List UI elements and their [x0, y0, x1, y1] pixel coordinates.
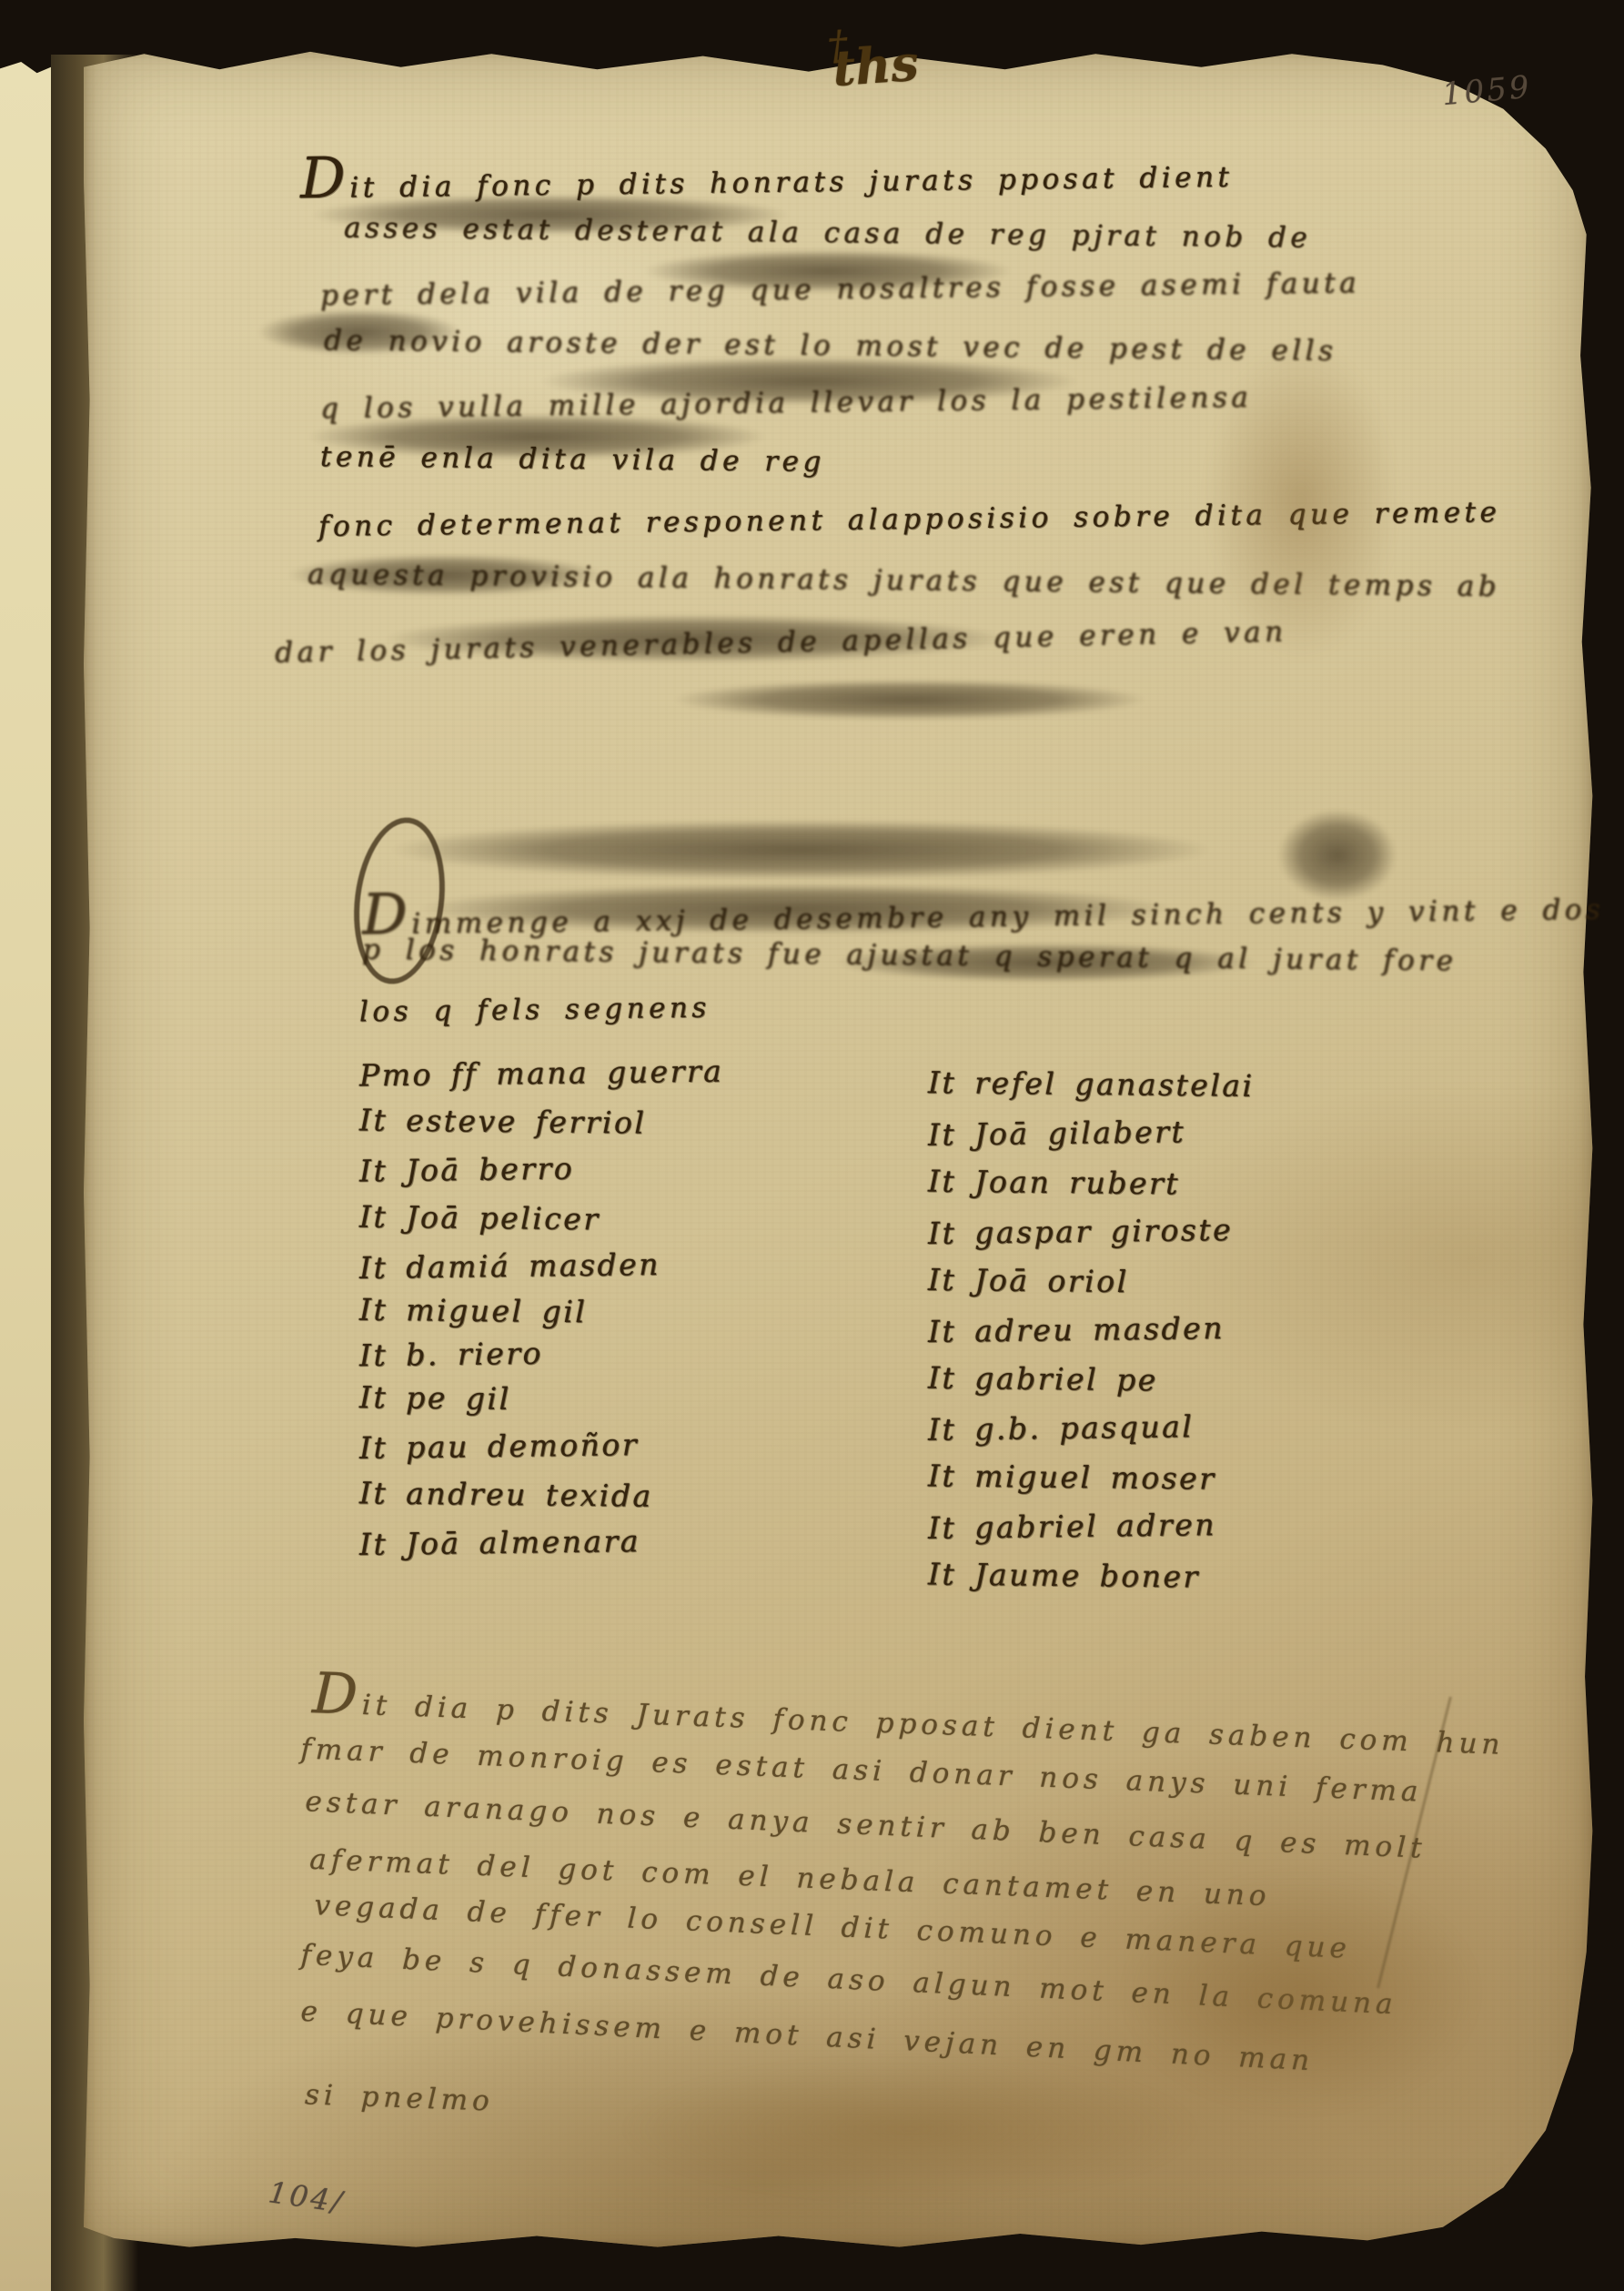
ink-smudge [218, 187, 883, 243]
ink-smudge [755, 935, 1337, 990]
manuscript-line: los q fels segnens [359, 992, 711, 1029]
ink-smudge [264, 605, 1128, 672]
folio-number-top: 1059 [1440, 69, 1533, 113]
juror-name: It Jaume boner [928, 1556, 1200, 1594]
juror-name: It Joā oriol [928, 1262, 1129, 1299]
juror-name: It esteve ferriol [359, 1102, 647, 1140]
manuscript-photo: ths † 1059 104/ Dit dia fonc p dits honr… [0, 0, 1624, 2291]
juror-name: It damiá masden [359, 1246, 661, 1286]
juror-name: It Joan rubert [928, 1164, 1180, 1202]
paper-stain [1165, 273, 1437, 728]
juror-name: It miguel moser [928, 1458, 1216, 1496]
ink-smudge [573, 241, 1083, 301]
juror-name: It gaspar giroste [928, 1212, 1234, 1251]
juror-name: It Joā berro [359, 1151, 575, 1189]
juror-name: It andreu texida [359, 1475, 653, 1513]
paper-stain [500, 2029, 1319, 2229]
juror-name: It pau demoñor [359, 1427, 640, 1466]
juror-name: It gabriel pe [928, 1360, 1158, 1398]
juror-name: It b. riero [359, 1336, 543, 1373]
ink-smudge [273, 873, 1319, 944]
juror-name: Pmo ff mana guerra [359, 1054, 724, 1094]
ink-smudge [218, 405, 855, 469]
juror-name: It Joā pelicer [359, 1199, 600, 1237]
juror-name: It miguel gil [359, 1292, 588, 1330]
previous-folio-edge [0, 62, 53, 2291]
juror-name: It Joā almenara [359, 1523, 641, 1562]
ihs-monogram: ths † [831, 34, 921, 97]
cross-icon: † [826, 22, 850, 69]
juror-name: It g.b. pasqual [928, 1408, 1195, 1448]
juror-name: It gabriel adren [928, 1507, 1216, 1546]
ink-smudge [1256, 792, 1419, 919]
juror-name: It pe gil [359, 1379, 511, 1417]
juror-name: It refel ganastelai [928, 1065, 1255, 1104]
juror-name: It adreu masden [928, 1310, 1225, 1349]
ink-smudge [582, 671, 1237, 728]
juror-name: It Joā gilabert [928, 1114, 1186, 1152]
manuscript-line: si pnelmo [304, 2078, 494, 2117]
ink-smudge [227, 546, 664, 604]
